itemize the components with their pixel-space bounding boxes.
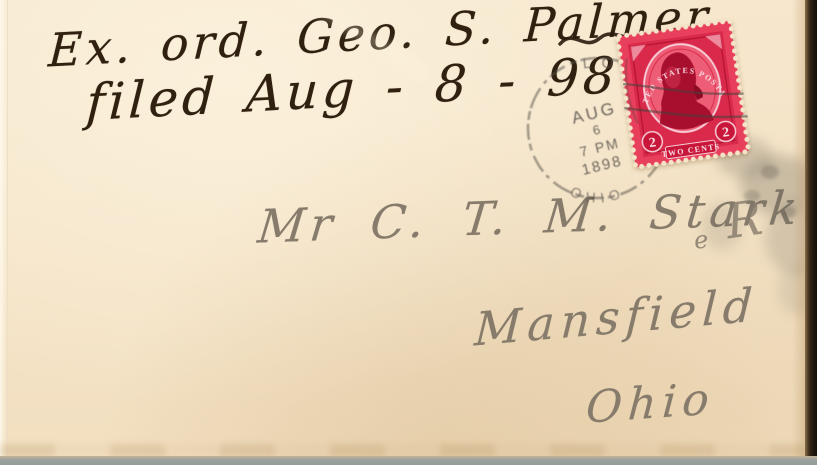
postage-stamp: UNITED STATES POSTAGE 2 2 TWO CENTS (613, 16, 753, 172)
envelope-right-shade (792, 0, 806, 457)
scan-background-strip (0, 456, 817, 465)
scan-edge-right (805, 0, 817, 457)
svg-text:OHIO: OHIO (568, 183, 628, 206)
postmark-state: OHIO (568, 183, 628, 206)
postmark-day: 6 (591, 122, 602, 138)
paper-crease (300, 0, 424, 74)
envelope-scan: Ex. ord. Geo. S. Palmer filed Aug - 8 - … (0, 0, 817, 465)
